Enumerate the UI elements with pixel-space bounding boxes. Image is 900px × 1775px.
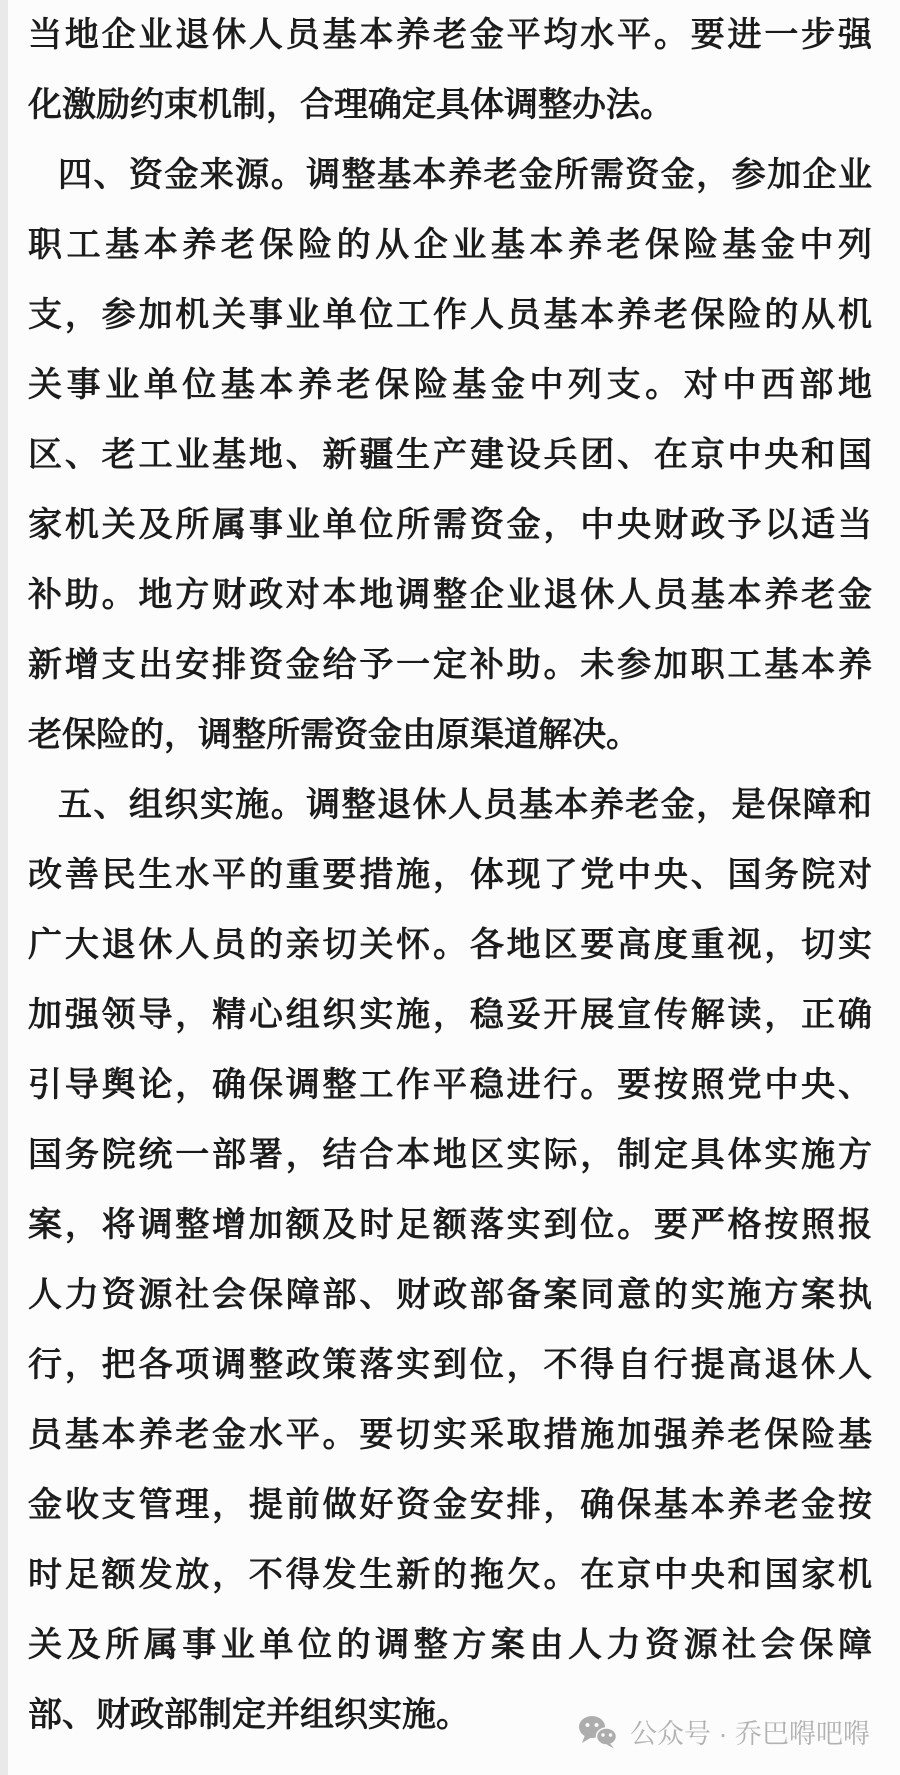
text-line: 五、组织实施。调整退休人员基本养老金，是保障和 bbox=[28, 770, 872, 840]
wechat-icon bbox=[578, 1715, 618, 1749]
text-line: 当地企业退休人员基本养老金平均水平。要进一步强 bbox=[28, 0, 872, 70]
text-line: 区、老工业基地、新疆生产建设兵团、在京中央和国 bbox=[28, 420, 872, 490]
page-edge-shadow bbox=[0, 0, 8, 1775]
text-line: 关及所属事业单位的调整方案由人力资源社会保障 bbox=[28, 1610, 872, 1680]
text-line: 案，将调整增加额及时足额落实到位。要严格按照报 bbox=[28, 1190, 872, 1260]
text-line: 员基本养老金水平。要切实采取措施加强养老保险基 bbox=[28, 1400, 872, 1470]
text-line: 广大退休人员的亲切关怀。各地区要高度重视，切实 bbox=[28, 910, 872, 980]
wechat-watermark: 公众号 · 乔巴嘚吧嘚 bbox=[578, 1712, 870, 1751]
text-line: 金收支管理，提前做好资金安排，确保基本养老金按 bbox=[28, 1470, 872, 1540]
text-line: 引导舆论，确保调整工作平稳进行。要按照党中央、 bbox=[28, 1050, 872, 1120]
text-line: 补助。地方财政对本地调整企业退休人员基本养老金 bbox=[28, 560, 872, 630]
text-line: 人力资源社会保障部、财政部备案同意的实施方案执 bbox=[28, 1260, 872, 1330]
text-line: 时足额发放，不得发生新的拖欠。在京中央和国家机 bbox=[28, 1540, 872, 1610]
text-line: 新增支出安排资金给予一定补助。未参加职工基本养 bbox=[28, 630, 872, 700]
document-text: 当地企业退休人员基本养老金平均水平。要进一步强化激励约束机制，合理确定具体调整办… bbox=[28, 0, 872, 1750]
text-line: 改善民生水平的重要措施，体现了党中央、国务院对 bbox=[28, 840, 872, 910]
text-line: 支，参加机关事业单位工作人员基本养老保险的从机 bbox=[28, 280, 872, 350]
watermark-label: 公众号 · 乔巴嘚吧嘚 bbox=[630, 1712, 870, 1751]
text-line: 职工基本养老保险的从企业基本养老保险基金中列 bbox=[28, 210, 872, 280]
text-line: 化激励约束机制，合理确定具体调整办法。 bbox=[28, 70, 872, 140]
text-line: 加强领导，精心组织实施，稳妥开展宣传解读，正确 bbox=[28, 980, 872, 1050]
text-line: 家机关及所属事业单位所需资金，中央财政予以适当 bbox=[28, 490, 872, 560]
text-line: 四、资金来源。调整基本养老金所需资金，参加企业 bbox=[28, 140, 872, 210]
text-line: 国务院统一部署，结合本地区实际，制定具体实施方 bbox=[28, 1120, 872, 1190]
text-line: 老保险的，调整所需资金由原渠道解决。 bbox=[28, 700, 872, 770]
text-line: 关事业单位基本养老保险基金中列支。对中西部地 bbox=[28, 350, 872, 420]
document-page: 当地企业退休人员基本养老金平均水平。要进一步强化激励约束机制，合理确定具体调整办… bbox=[0, 0, 900, 1775]
text-line: 行，把各项调整政策落实到位，不得自行提高退休人 bbox=[28, 1330, 872, 1400]
